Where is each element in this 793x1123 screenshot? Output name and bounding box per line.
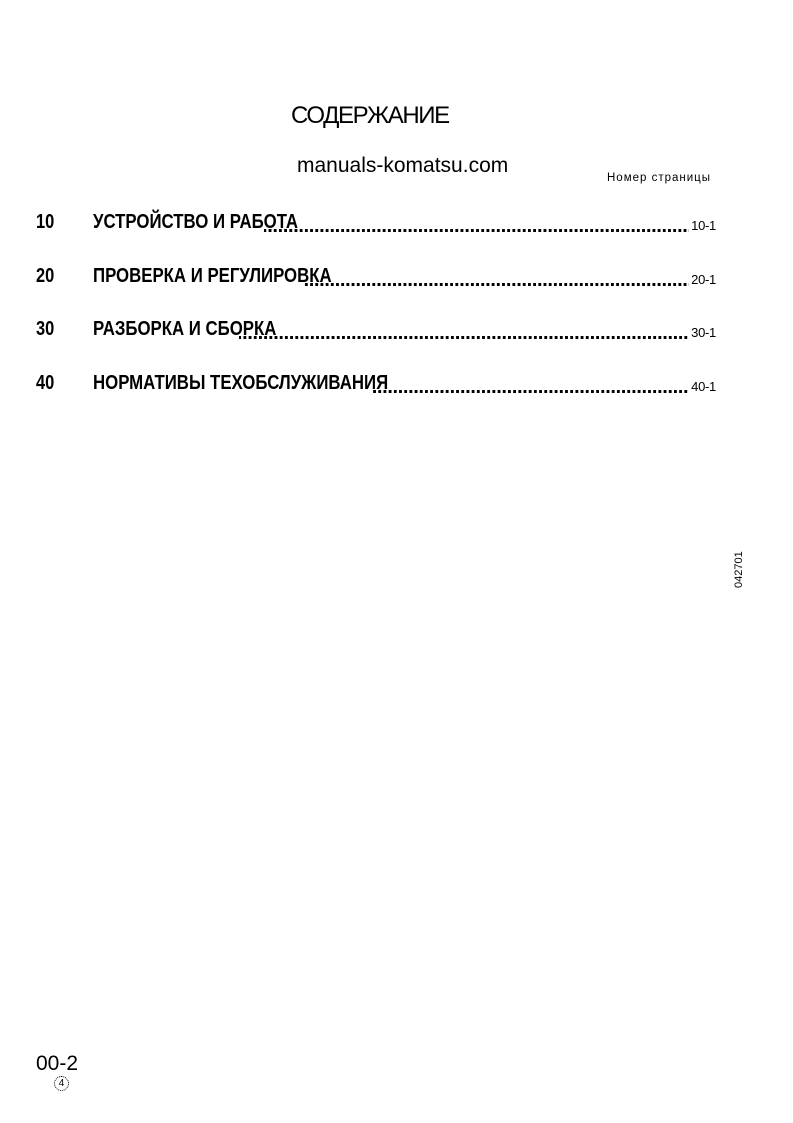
page-title: СОДЕРЖАНИЕ <box>291 100 449 132</box>
page-column-label: Номер страницы <box>607 170 711 186</box>
toc-entry-title: УСТРОЙСТВО И РАБОТА <box>93 209 298 235</box>
toc-entry-number: 20 <box>36 263 83 289</box>
toc-entry-title: ПРОВЕРКА И РЕГУЛИРОВКА <box>93 263 332 289</box>
watermark-link[interactable]: manuals-komatsu.com <box>297 153 508 179</box>
toc-entry-body: НОРМАТИВЫ ТЕХОБСЛУЖИВАНИЯ 40-1 <box>93 370 716 398</box>
dot-leader <box>304 283 689 286</box>
dot-leader <box>264 229 689 232</box>
toc-entry-number: 30 <box>36 316 83 342</box>
toc-entry-body: РАЗБОРКА И СБОРКА 30-1 <box>93 316 716 344</box>
dot-leader <box>372 390 690 393</box>
toc-entry-20[interactable]: 20 ПРОВЕРКА И РЕГУЛИРОВКА 20-1 <box>36 263 716 317</box>
table-of-contents: 10 УСТРОЙСТВО И РАБОТА 10-1 20 ПРОВЕРКА … <box>36 209 716 423</box>
toc-entry-number: 40 <box>36 370 83 396</box>
revision-mark-icon: 4 <box>54 1076 69 1091</box>
toc-entry-page: 10-1 <box>691 213 716 239</box>
toc-entry-body: УСТРОЙСТВО И РАБОТА 10-1 <box>93 209 716 237</box>
toc-entry-title: РАЗБОРКА И СБОРКА <box>93 316 276 342</box>
toc-entry-40[interactable]: 40 НОРМАТИВЫ ТЕХОБСЛУЖИВАНИЯ 40-1 <box>36 370 716 424</box>
toc-entry-page: 30-1 <box>691 320 716 346</box>
toc-entry-page: 20-1 <box>691 267 716 293</box>
toc-entry-body: ПРОВЕРКА И РЕГУЛИРОВКА 20-1 <box>93 263 716 291</box>
dot-leader <box>239 336 690 339</box>
toc-entry-number: 10 <box>36 209 83 235</box>
toc-entry-title: НОРМАТИВЫ ТЕХОБСЛУЖИВАНИЯ <box>93 370 388 396</box>
document-code: 042701 <box>733 551 745 588</box>
page-number: 00-2 <box>36 1052 78 1076</box>
toc-entry-page: 40-1 <box>691 374 716 400</box>
toc-entry-30[interactable]: 30 РАЗБОРКА И СБОРКА 30-1 <box>36 316 716 370</box>
toc-entry-10[interactable]: 10 УСТРОЙСТВО И РАБОТА 10-1 <box>36 209 716 263</box>
